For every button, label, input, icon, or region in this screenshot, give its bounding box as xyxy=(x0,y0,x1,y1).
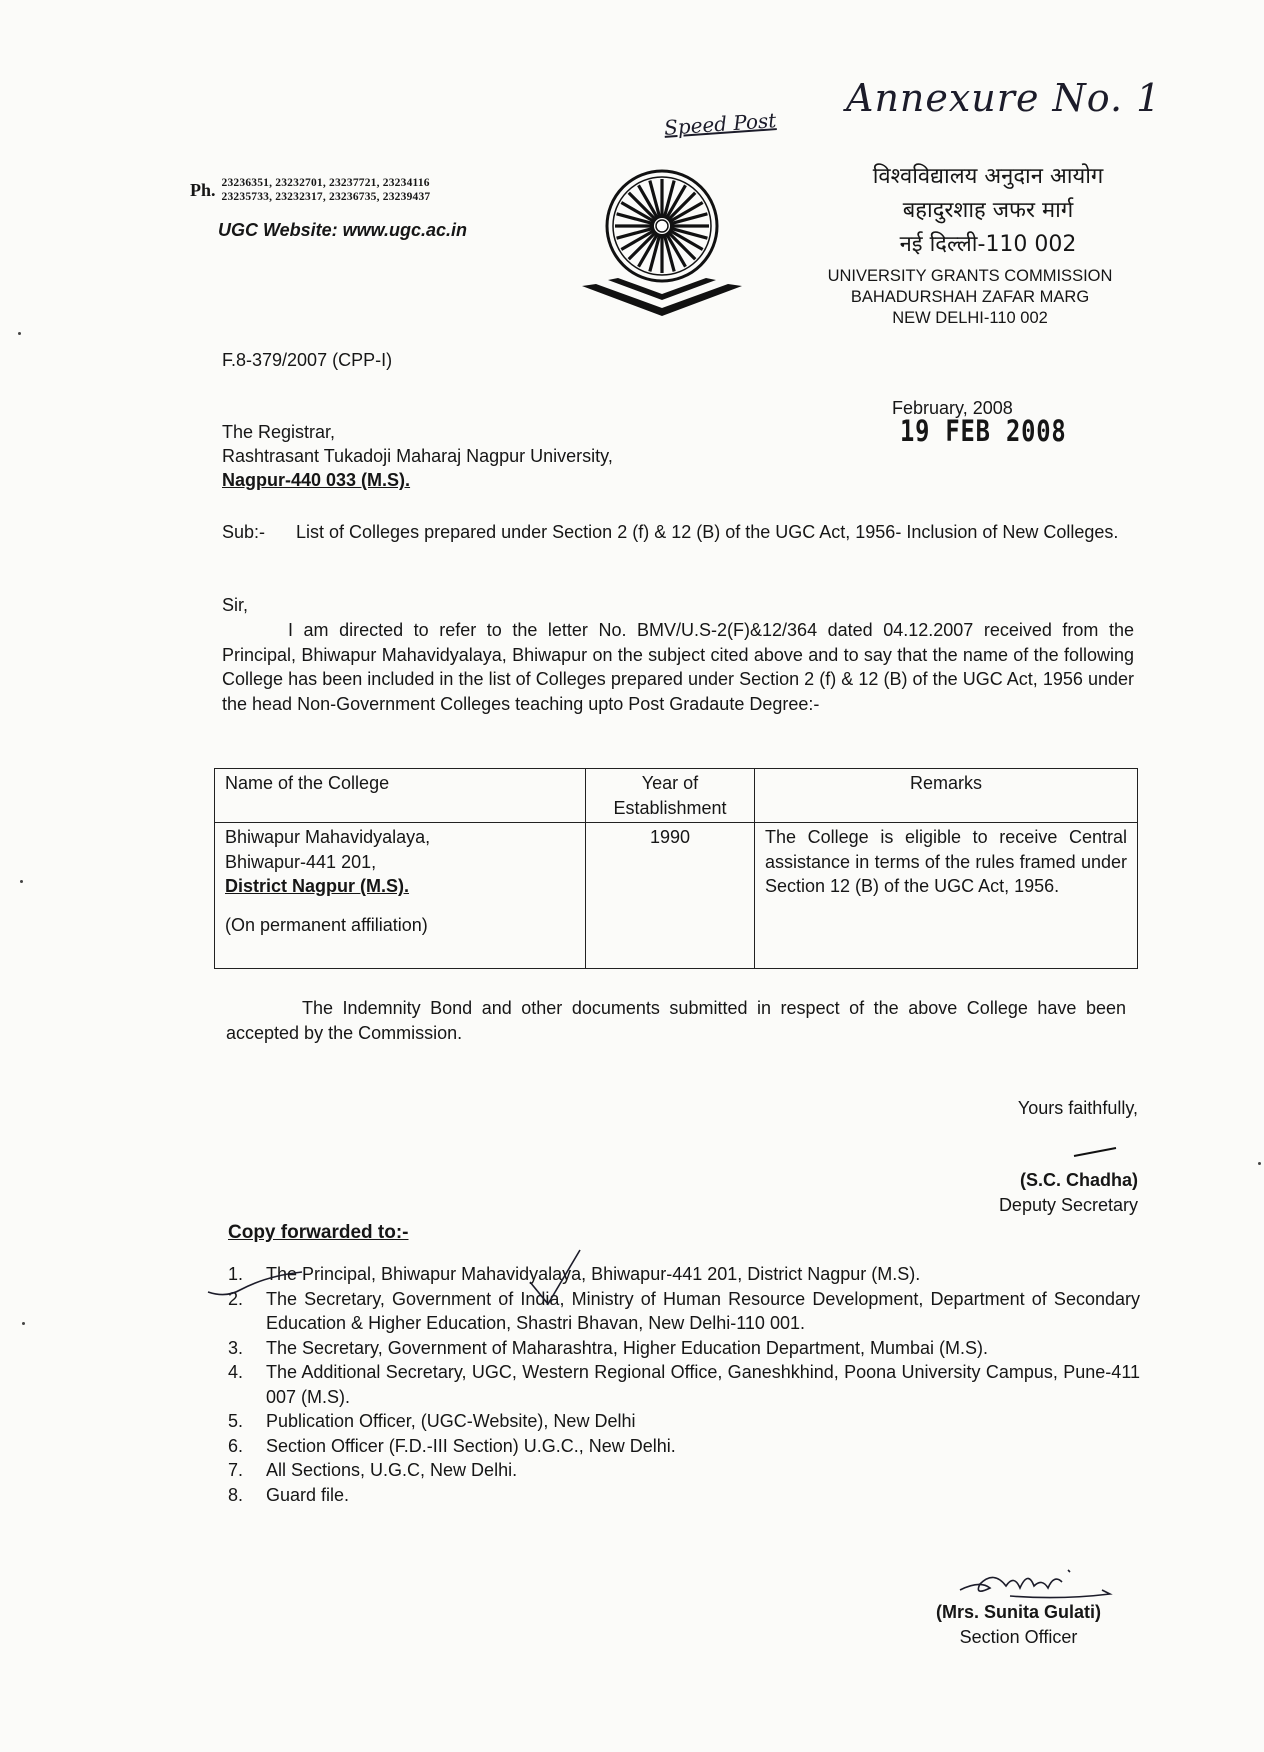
signatory1-title: Deputy Secretary xyxy=(999,1193,1138,1218)
list-item-number: 4. xyxy=(228,1360,266,1409)
list-item-number: 6. xyxy=(228,1434,266,1459)
scan-speck xyxy=(22,1322,25,1325)
signature-gulati-icon xyxy=(950,1560,1130,1602)
subject-label: Sub:- xyxy=(222,520,296,544)
addressee-block: The Registrar, Rashtrasant Tukadoji Maha… xyxy=(222,420,613,492)
ugc-english-address: UNIVERSITY GRANTS COMMISSION BAHADURSHAH… xyxy=(800,266,1140,329)
header-remarks: Remarks xyxy=(755,769,1138,823)
list-item-text: The Secretary, Government of Maharashtra… xyxy=(266,1336,1140,1361)
ugc-emblem-icon xyxy=(578,168,746,326)
list-item-text: Guard file. xyxy=(266,1483,1140,1508)
header-college-name: Name of the College xyxy=(215,769,586,823)
ugc-hindi-address: विश्वविद्यालय अनुदान आयोग बहादुरशाह जफर … xyxy=(838,160,1138,262)
phone-numbers-line1: 23236351, 23232701, 23237721, 23234116 xyxy=(222,177,430,189)
addressee-institution: Rashtrasant Tukadoji Maharaj Nagpur Univ… xyxy=(222,444,613,468)
hindi-city: नई दिल्ली-110 002 xyxy=(838,228,1138,262)
table-header-row: Name of the College Year of Establishmen… xyxy=(215,769,1138,823)
list-item: 2.The Secretary, Government of India, Mi… xyxy=(228,1287,1140,1336)
list-item: 6.Section Officer (F.D.-III Section) U.G… xyxy=(228,1434,1140,1459)
org-city: NEW DELHI-110 002 xyxy=(800,308,1140,329)
scan-speck xyxy=(20,880,23,883)
subject-line: Sub:- List of Colleges prepared under Se… xyxy=(222,520,1134,544)
hindi-org-name: विश्वविद्यालय अनुदान आयोग xyxy=(838,160,1138,194)
college-pin: Bhiwapur-441 201, xyxy=(225,850,575,875)
list-item-text: Publication Officer, (UGC-Website), New … xyxy=(266,1409,1140,1434)
signatory-section-officer: (Mrs. Sunita Gulati) Section Officer xyxy=(936,1600,1101,1650)
annexure-annotation: Annexure No. 1 xyxy=(846,76,1161,120)
signatory-deputy-secretary: (S.C. Chadha) Deputy Secretary xyxy=(999,1168,1138,1218)
signatory2-name: (Mrs. Sunita Gulati) xyxy=(936,1600,1101,1625)
addressee-title: The Registrar, xyxy=(222,420,613,444)
list-item: 7.All Sections, U.G.C, New Delhi. xyxy=(228,1458,1140,1483)
speed-post-annotation: Speed Post xyxy=(663,108,777,140)
list-item-text: The Secretary, Government of India, Mini… xyxy=(266,1287,1140,1336)
body-paragraph: I am directed to refer to the letter No.… xyxy=(222,618,1134,716)
indemnity-paragraph: The Indemnity Bond and other documents s… xyxy=(226,996,1126,1046)
ugc-website: UGC Website: www.ugc.ac.in xyxy=(218,220,467,241)
college-name: Bhiwapur Mahavidyalaya, xyxy=(225,825,575,850)
list-item: 4.The Additional Secretary, UGC, Western… xyxy=(228,1360,1140,1409)
affiliation-note: (On permanent affiliation) xyxy=(225,913,575,938)
scan-speck xyxy=(18,332,21,335)
table-row: Bhiwapur Mahavidyalaya, Bhiwapur-441 201… xyxy=(215,823,1138,969)
signature-mark-icon xyxy=(1072,1146,1118,1158)
phone-numbers-line2: 23235733, 23232317, 23236735, 23239437 xyxy=(222,191,431,203)
header-year: Year of Establishment xyxy=(586,769,755,823)
org-street: BAHADURSHAH ZAFAR MARG xyxy=(800,287,1140,308)
list-item: 5.Publication Officer, (UGC-Website), Ne… xyxy=(228,1409,1140,1434)
org-name: UNIVERSITY GRANTS COMMISSION xyxy=(800,266,1140,287)
phone-block: Ph. 23236351, 23232701, 23237721, 232341… xyxy=(190,176,430,204)
list-item-text: All Sections, U.G.C, New Delhi. xyxy=(266,1458,1140,1483)
signatory1-name: (S.C. Chadha) xyxy=(999,1168,1138,1193)
salutation: Sir, xyxy=(222,595,248,616)
closing: Yours faithfully, xyxy=(1018,1098,1138,1119)
college-district: District Nagpur (M.S). xyxy=(225,874,575,899)
list-item: 8.Guard file. xyxy=(228,1483,1140,1508)
addressee-city: Nagpur-440 033 (M.S). xyxy=(222,468,613,492)
cell-remarks: The College is eligible to receive Centr… xyxy=(755,823,1138,969)
cell-year: 1990 xyxy=(586,823,755,969)
date-stamp: 19 FEB 2008 xyxy=(900,414,1067,448)
hindi-street: बहादुरशाह जफर मार्ग xyxy=(838,194,1138,228)
scan-speck xyxy=(1258,1162,1261,1165)
colleges-table: Name of the College Year of Establishmen… xyxy=(214,768,1138,969)
copy-forwarded-heading: Copy forwarded to:- xyxy=(228,1222,409,1244)
handwritten-check-icon xyxy=(528,1248,582,1308)
cell-college-name: Bhiwapur Mahavidyalaya, Bhiwapur-441 201… xyxy=(215,823,586,969)
list-item: 1.The Principal, Bhiwapur Mahavidyalaya,… xyxy=(228,1262,1140,1287)
signatory2-title: Section Officer xyxy=(936,1625,1101,1650)
phone-label: Ph. xyxy=(190,180,216,201)
list-item: 3.The Secretary, Government of Maharasht… xyxy=(228,1336,1140,1361)
subject-text: List of Colleges prepared under Section … xyxy=(296,520,1118,544)
list-item-text: The Additional Secretary, UGC, Western R… xyxy=(266,1360,1140,1409)
file-reference: F.8-379/2007 (CPP-I) xyxy=(222,350,392,371)
list-item-number: 5. xyxy=(228,1409,266,1434)
list-item-text: Section Officer (F.D.-III Section) U.G.C… xyxy=(266,1434,1140,1459)
list-item-number: 8. xyxy=(228,1483,266,1508)
phone-numbers: 23236351, 23232701, 23237721, 23234116 2… xyxy=(222,176,431,204)
list-item-number: 7. xyxy=(228,1458,266,1483)
handwritten-tick-icon xyxy=(206,1270,306,1300)
copy-forwarded-list: 1.The Principal, Bhiwapur Mahavidyalaya,… xyxy=(228,1262,1140,1507)
list-item-text: The Principal, Bhiwapur Mahavidyalaya, B… xyxy=(266,1262,1140,1287)
list-item-number: 3. xyxy=(228,1336,266,1361)
